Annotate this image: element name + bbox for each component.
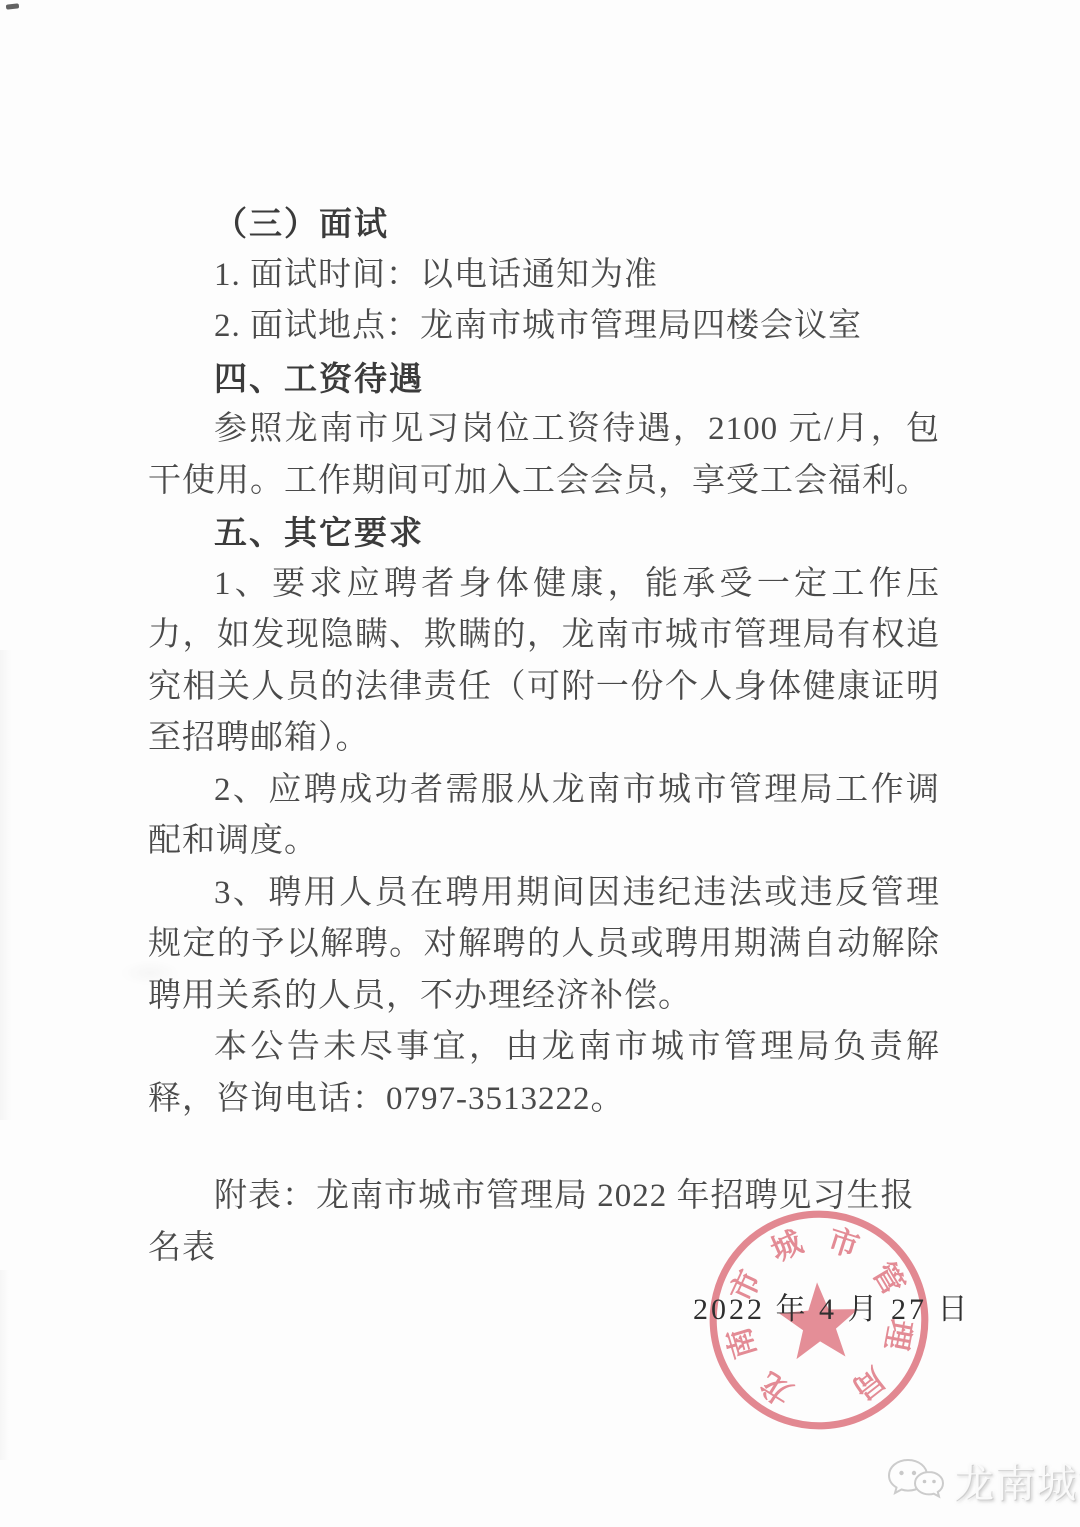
scan-smudge <box>0 1270 9 1460</box>
section-other-requirements-heading: 五、其它要求 <box>148 507 940 559</box>
scan-artifact-dash <box>6 3 19 9</box>
section-salary-heading: 四、工资待遇 <box>148 353 940 405</box>
requirement-3-paragraph: 3、聘用人员在聘用期间因违纪违法或违反管理规定的予以解聘。对解聘的人员或聘用期满… <box>148 868 940 1023</box>
section-interview-heading: （三）面试 <box>148 198 940 250</box>
salary-paragraph: 参照龙南市见习岗位工资待遇，2100 元/月，包干使用。工作期间可加入工会会员，… <box>148 404 940 507</box>
seal-char: 龙 <box>754 1366 798 1411</box>
scanned-document-page: （三）面试 1. 面试时间：以电话通知为准 2. 面试地点：龙南市城市管理局四楼… <box>0 0 1080 1527</box>
document-body: （三）面试 1. 面试时间：以电话通知为准 2. 面试地点：龙南市城市管理局四楼… <box>148 198 940 1274</box>
requirement-2-paragraph: 2、应聘成功者需服从龙南市城市管理局工作调配和调度。 <box>148 765 940 868</box>
interview-place-line: 2. 面试地点：龙南市城市管理局四楼会议室 <box>148 301 940 353</box>
seal-char: 市 <box>824 1223 863 1265</box>
scan-smudge <box>0 650 12 1120</box>
footer-watermark: 龙南城管 <box>884 1452 1080 1509</box>
requirement-1-paragraph: 1、要求应聘者身体健康，能承受一定工作压力，如发现隐瞒、欺瞒的，龙南市城市管理局… <box>148 559 940 765</box>
interview-time-line: 1. 面试时间：以电话通知为准 <box>148 250 940 302</box>
seal-char: 南 <box>721 1324 762 1363</box>
document-date: 2022 年 4 月 27 日 <box>693 1284 971 1328</box>
seal-char: 城 <box>766 1225 808 1269</box>
wechat-icon <box>884 1456 946 1506</box>
wechat-account-watermark: 龙南城管 <box>954 1452 1080 1509</box>
closing-paragraph: 本公告未尽事宜，由龙南市城市管理局负责解释，咨询电话：0797-3513222。 <box>148 1022 940 1125</box>
